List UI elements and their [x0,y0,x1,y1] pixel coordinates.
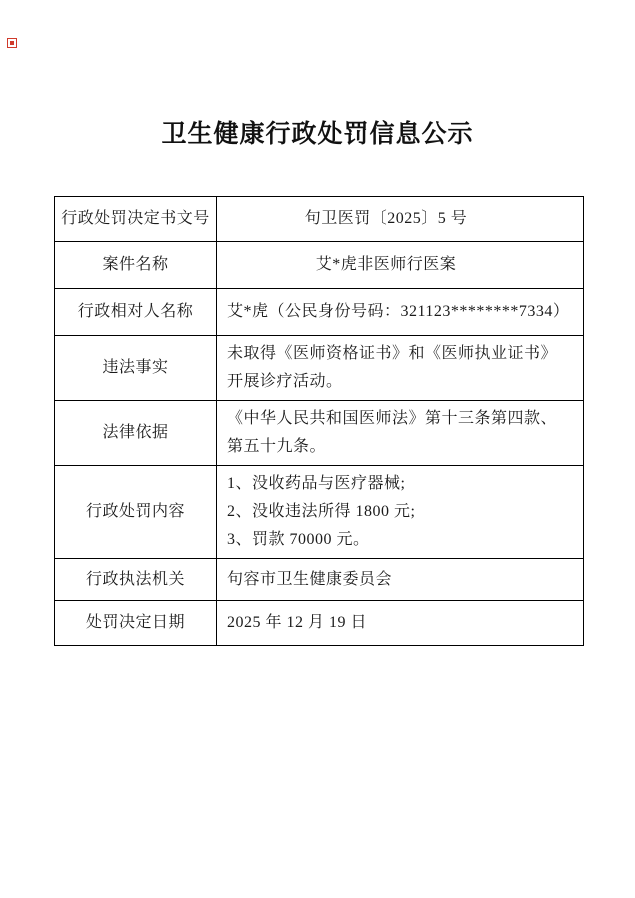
row-label-punishment-content: 行政处罚内容 [55,466,217,559]
table-row: 行政相对人名称 艾*虎（公民身份号码：321123********7334） [55,289,584,336]
table-row: 行政执法机关 句容市卫生健康委员会 [55,559,584,601]
row-label-case-name: 案件名称 [55,242,217,289]
table-row: 法律依据 《中华人民共和国医师法》第十三条第四款、 第五十九条。 [55,401,584,466]
row-label-legal-basis: 法律依据 [55,401,217,466]
row-value-decision-number: 句卫医罚〔2025〕5 号 [217,197,584,242]
table-row: 案件名称 艾*虎非医师行医案 [55,242,584,289]
table-row: 行政处罚内容 1、没收药品与医疗器械; 2、没收违法所得 1800 元; 3、罚… [55,466,584,559]
table-row: 处罚决定日期 2025 年 12 月 19 日 [55,601,584,646]
page-title: 卫生健康行政处罚信息公示 [0,116,635,154]
row-label-decision-date: 处罚决定日期 [55,601,217,646]
table-row: 违法事实 未取得《医师资格证书》和《医师执业证书》 开展诊疗活动。 [55,336,584,401]
document-page: { "page": { "title": "卫生健康行政处罚信息公示" }, "… [0,0,635,898]
row-label-illegal-facts: 违法事实 [55,336,217,401]
row-value-illegal-facts: 未取得《医师资格证书》和《医师执业证书》 开展诊疗活动。 [217,336,584,401]
row-value-enforcement-agency: 句容市卫生健康委员会 [217,559,584,601]
row-label-party-name: 行政相对人名称 [55,289,217,336]
row-label-decision-number: 行政处罚决定书文号 [55,197,217,242]
table-row: 行政处罚决定书文号 句卫医罚〔2025〕5 号 [55,197,584,242]
punishment-info-table: 行政处罚决定书文号 句卫医罚〔2025〕5 号 案件名称 艾*虎非医师行医案 行… [54,196,584,646]
row-value-punishment-content: 1、没收药品与医疗器械; 2、没收违法所得 1800 元; 3、罚款 70000… [217,466,584,559]
row-value-case-name: 艾*虎非医师行医案 [217,242,584,289]
row-value-legal-basis: 《中华人民共和国医师法》第十三条第四款、 第五十九条。 [217,401,584,466]
red-corner-mark-icon [7,38,17,48]
row-value-decision-date: 2025 年 12 月 19 日 [217,601,584,646]
row-label-enforcement-agency: 行政执法机关 [55,559,217,601]
row-value-party-name: 艾*虎（公民身份号码：321123********7334） [217,289,584,336]
